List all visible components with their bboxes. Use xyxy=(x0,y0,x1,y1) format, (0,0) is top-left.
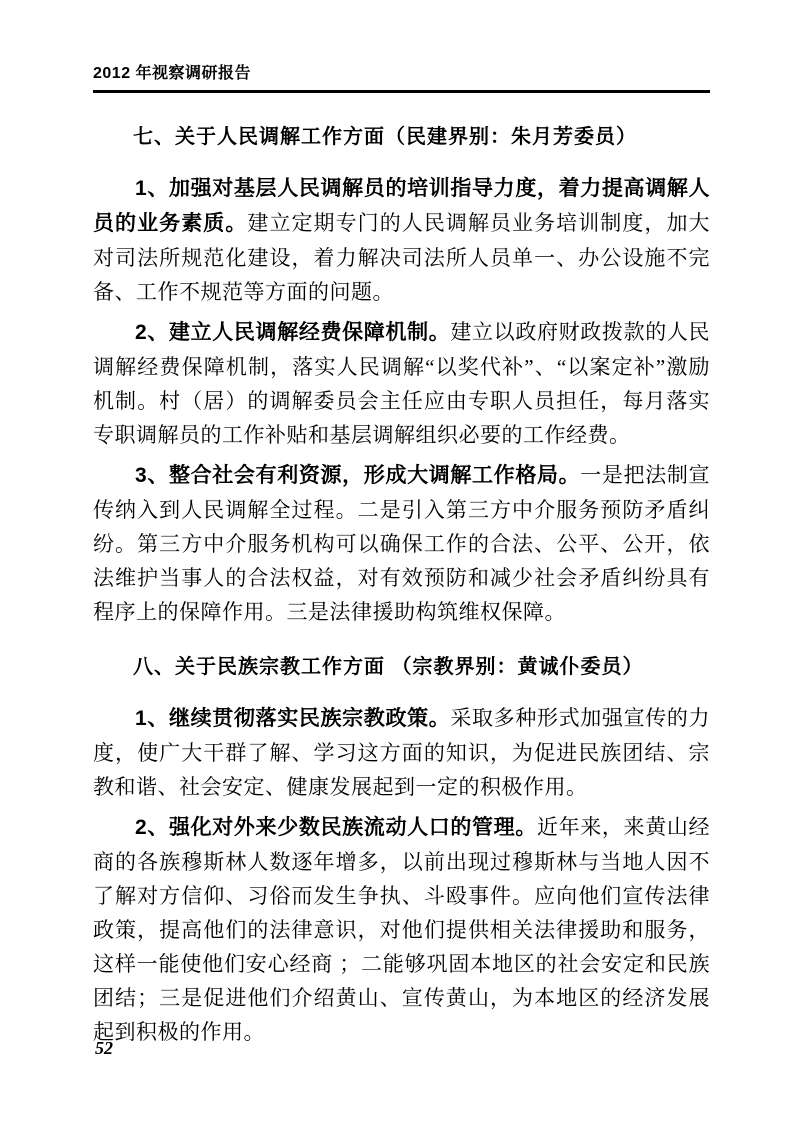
paragraph-body: 近年来，来黄山经商的各族穆斯林人数逐年增多，以前出现过穆斯林与当地人因不了解对方… xyxy=(93,815,710,1044)
paragraph-lead: 1、继续贯彻落实民族宗教政策。 xyxy=(135,707,450,730)
section-7-paragraph-3: 3、整合社会有利资源，形成大调解工作格局。一是把法制宣传纳入到人民调解全过程。二… xyxy=(93,458,710,629)
section-8-paragraph-1: 1、继续贯彻落实民族宗教政策。采取多种形式加强宣传的力度，使广大干群了解、学习这… xyxy=(93,701,710,804)
header-title: 2012 年视察调研报告 xyxy=(93,65,251,82)
section-8-paragraph-2: 2、强化对外来少数民族流动人口的管理。近年来，来黄山经商的各族穆斯林人数逐年增多… xyxy=(93,810,710,1049)
paragraph-lead: 2、建立人民调解经费保障机制。 xyxy=(135,321,450,344)
document-body: 七、关于人民调解工作方面（民建界别：朱月芳委员） 1、加强对基层人民调解员的培训… xyxy=(93,123,710,1049)
document-page: 2012 年视察调研报告 七、关于人民调解工作方面（民建界别：朱月芳委员） 1、… xyxy=(0,0,803,1133)
paragraph-lead: 3、整合社会有利资源，形成大调解工作格局。 xyxy=(135,464,580,487)
section-7-heading: 七、关于人民调解工作方面（民建界别：朱月芳委员） xyxy=(93,123,710,151)
paragraph-lead: 2、强化对外来少数民族流动人口的管理。 xyxy=(135,816,537,839)
section-7-paragraph-2: 2、建立人民调解经费保障机制。建立以政府财政拨款的人民调解经费保障机制，落实人民… xyxy=(93,315,710,452)
paragraph-body: 一是把法制宣传纳入到人民调解全过程。二是引入第三方中介服务预防矛盾纠纷。第三方中… xyxy=(93,463,710,624)
page-header: 2012 年视察调研报告 xyxy=(93,64,710,93)
page-number: 52 xyxy=(95,1038,113,1059)
section-8-heading: 八、关于民族宗教工作方面 （宗教界别：黄诚仆委员） xyxy=(93,653,710,681)
section-7-paragraph-1: 1、加强对基层人民调解员的培训指导力度，着力提高调解人员的业务素质。建立定期专门… xyxy=(93,171,710,309)
